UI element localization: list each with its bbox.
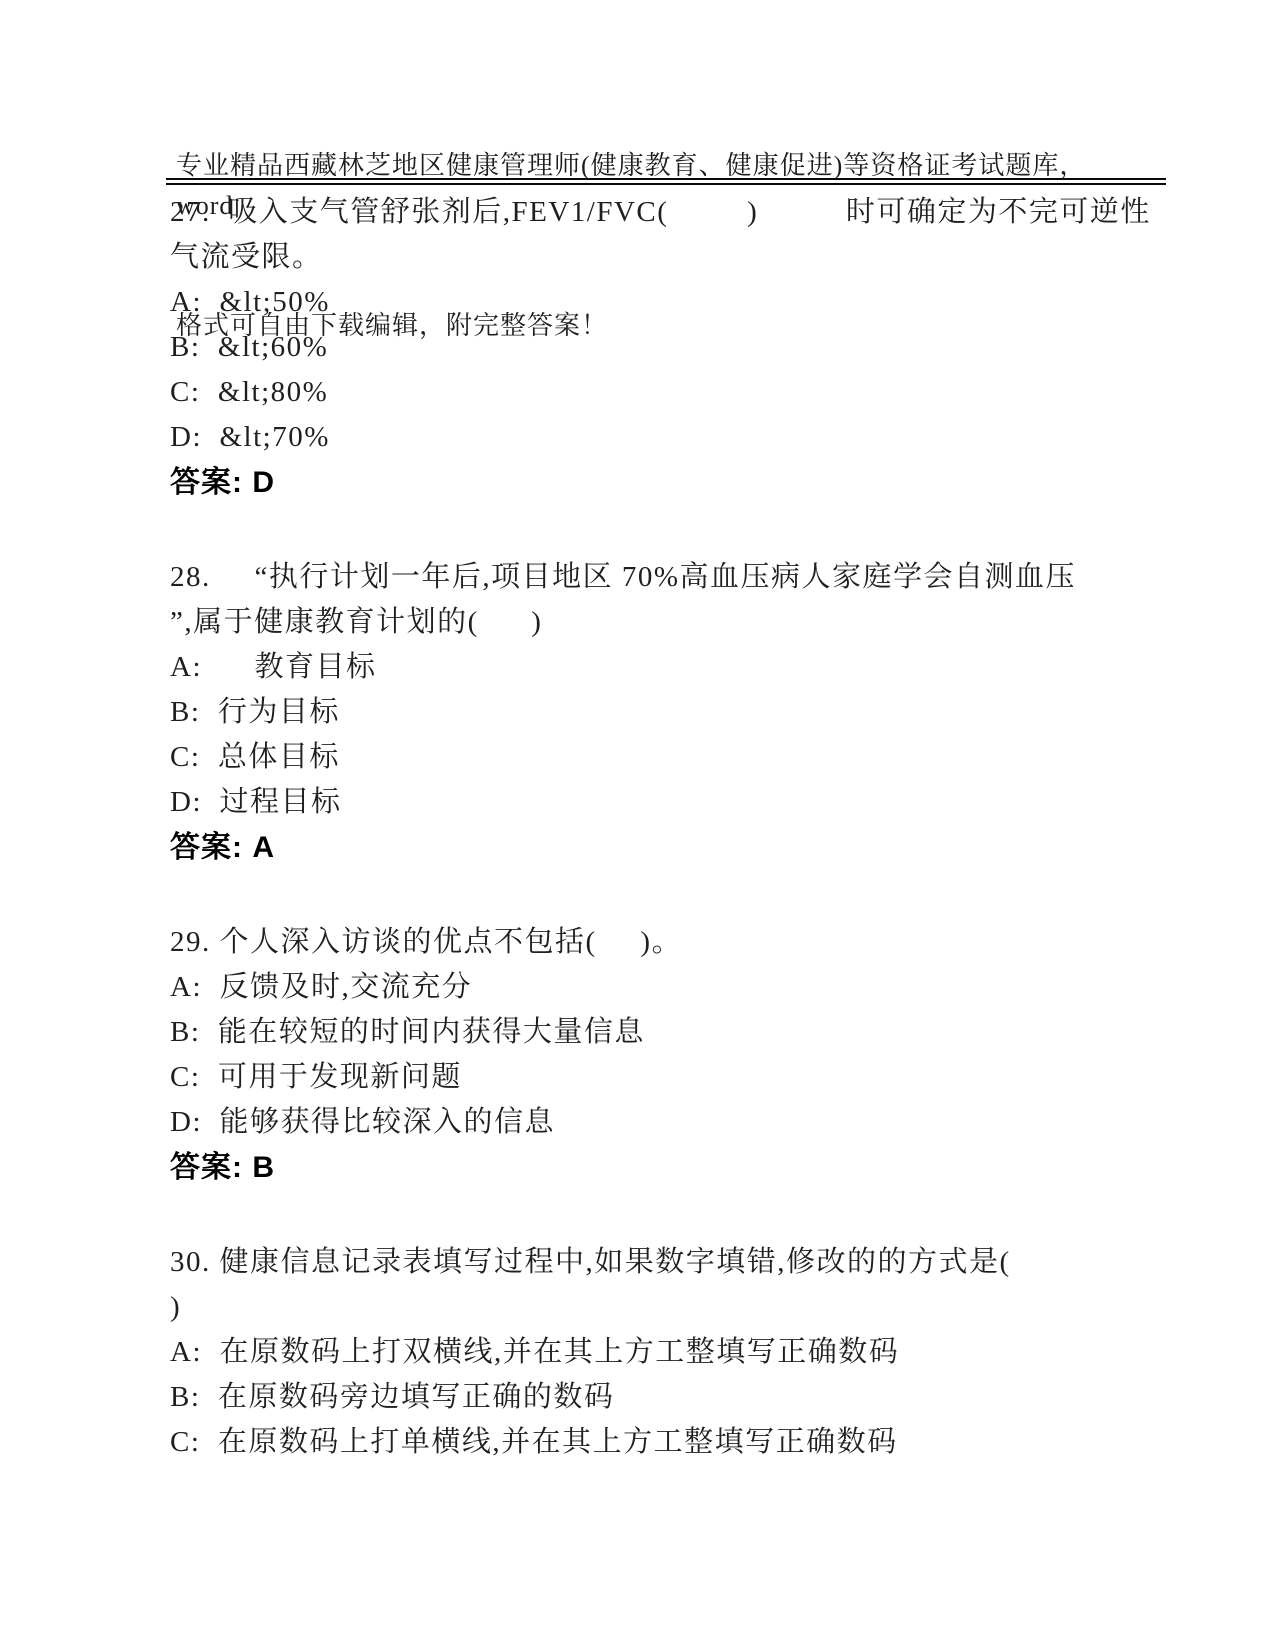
question-28-option-c: C: 总体目标 <box>170 735 1160 780</box>
question-27: 27. 吸入支气管舒张剂后,FEV1/FVC( ) 时可确定为不完可逆性 气流受… <box>170 190 1160 505</box>
question-29-option-c: C: 可用于发现新问题 <box>170 1055 1160 1100</box>
question-29-answer: 答案: B <box>170 1145 1160 1190</box>
header-divider-rule <box>166 178 1166 185</box>
question-28-text-line-1: 28. “执行计划一年后,项目地区 70%高血压病人家庭学会自测血压 <box>170 555 1160 600</box>
question-29-option-d: D: 能够获得比较深入的信息 <box>170 1100 1160 1145</box>
question-28-text-line-2: ”,属于健康教育计划的( ) <box>170 600 1160 645</box>
questions-area: 27. 吸入支气管舒张剂后,FEV1/FVC( ) 时可确定为不完可逆性 气流受… <box>170 190 1160 1465</box>
question-29: 29. 个人深入访谈的优点不包括( )。 A: 反馈及时,交流充分 B: 能在较… <box>170 920 1160 1190</box>
question-28-option-d: D: 过程目标 <box>170 780 1160 825</box>
question-27-option-c: C: &lt;80% <box>170 370 1160 415</box>
question-29-option-b: B: 能在较短的时间内获得大量信息 <box>170 1010 1160 1055</box>
question-27-text-line-2: 气流受限。 <box>170 235 1160 280</box>
question-30-option-a: A: 在原数码上打双横线,并在其上方工整填写正确数码 <box>170 1330 1160 1375</box>
question-27-text-line-1: 27. 吸入支气管舒张剂后,FEV1/FVC( ) 时可确定为不完可逆性 <box>170 190 1160 235</box>
question-27-answer: 答案: D <box>170 460 1160 505</box>
question-29-option-a: A: 反馈及时,交流充分 <box>170 965 1160 1010</box>
question-28-answer: 答案: A <box>170 825 1160 870</box>
question-28-option-b: B: 行为目标 <box>170 690 1160 735</box>
question-30-text-line-2: ) <box>170 1285 1160 1330</box>
document-page: 专业精品西藏林芝地区健康管理师(健康教育、健康促进)等资格证考试题库，word … <box>0 0 1275 1650</box>
question-30-option-c: C: 在原数码上打单横线,并在其上方工整填写正确数码 <box>170 1420 1160 1465</box>
question-27-option-a: A: &lt;50% <box>170 280 1160 325</box>
question-30-text-line-1: 30. 健康信息记录表填写过程中,如果数字填错,修改的的方式是( <box>170 1240 1160 1285</box>
question-27-option-d: D: &lt;70% <box>170 415 1160 460</box>
question-27-option-b: B: &lt;60% <box>170 325 1160 370</box>
question-28: 28. “执行计划一年后,项目地区 70%高血压病人家庭学会自测血压 ”,属于健… <box>170 555 1160 870</box>
question-29-text-line-1: 29. 个人深入访谈的优点不包括( )。 <box>170 920 1160 965</box>
question-28-option-a: A: 教育目标 <box>170 645 1160 690</box>
question-30-option-b: B: 在原数码旁边填写正确的数码 <box>170 1375 1160 1420</box>
question-30: 30. 健康信息记录表填写过程中,如果数字填错,修改的的方式是( ) A: 在原… <box>170 1240 1160 1465</box>
